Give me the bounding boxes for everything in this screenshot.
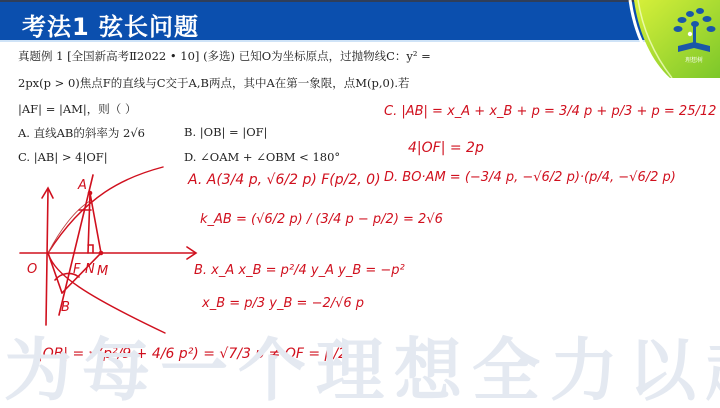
logo-tree-icon: 理想树 <box>610 0 720 78</box>
svg-text:B: B <box>61 300 70 315</box>
option-b-key: B. <box>184 125 196 139</box>
parabola-diagram: A O F N M B <box>15 165 200 335</box>
handwriting-c-line-2: 4|OF| = 2p <box>408 140 484 156</box>
problem-line-1: 真题例 1 [全国新高考Ⅱ2022 • 10] (多选) 已知O为坐标原点，过抛… <box>18 48 431 64</box>
handwriting-c-line-1: C. |AB| = x_A + x_B + p = 3/4 p + p/3 + … <box>384 104 720 119</box>
handwriting-b-line-2: x_B = p/3 y_B = −2/√6 p <box>202 296 364 311</box>
svg-text:O: O <box>27 262 37 277</box>
problem-line-2: 2px(p > 0)焦点F的直线与C交于A,B两点，其中A在第一象限，点M(p,… <box>18 75 410 91</box>
handwriting-b-line-1: B. x_A x_B = p²/4 y_A y_B = −p² <box>194 263 405 278</box>
svg-text:F: F <box>73 262 81 277</box>
handwriting-a-line-2: k_AB = (√6/2 p) / (3/4 p − p/2) = 2√6 <box>200 212 443 227</box>
problem-line-3: |AF| = |AM|，则（ ） <box>18 101 136 117</box>
option-a-text: 直线AB的斜率为 2√6 <box>34 126 145 140</box>
option-d-text: ∠OAM + ∠OBM < 180° <box>200 150 340 164</box>
option-a: A. 直线AB的斜率为 2√6 <box>18 125 145 141</box>
slide-title: 考法1 弦长问题 <box>22 7 199 42</box>
handwriting-a-line-1: A. A(3/4 p, √6/2 p) F(p/2, 0) <box>188 172 381 188</box>
option-d: D. ∠OAM + ∠OBM < 180° <box>184 150 340 164</box>
option-c-text: |AB| > 4|OF| <box>34 150 108 164</box>
option-a-key: A. <box>18 126 30 140</box>
option-c: C. |AB| > 4|OF| <box>18 150 108 164</box>
parabola-sketch-icon: A O F N M B <box>15 165 200 335</box>
svg-text:A: A <box>77 178 87 193</box>
option-b-text: |OB| = |OF| <box>200 125 268 139</box>
watermark-slogan: 为每一个理想全力以赴 <box>0 336 720 408</box>
option-c-key: C. <box>18 150 30 164</box>
svg-text:N: N <box>85 262 95 277</box>
option-b: B. |OB| = |OF| <box>184 125 268 139</box>
handwriting-d-line-1: D. BO·AM = (−3/4 p, −√6/2 p)·(p/4, −√6/2… <box>384 170 676 185</box>
svg-text:M: M <box>97 264 108 279</box>
brand-logo: 理想树 <box>610 0 720 78</box>
option-d-key: D. <box>184 150 196 164</box>
svg-text:理想树: 理想树 <box>685 56 703 64</box>
